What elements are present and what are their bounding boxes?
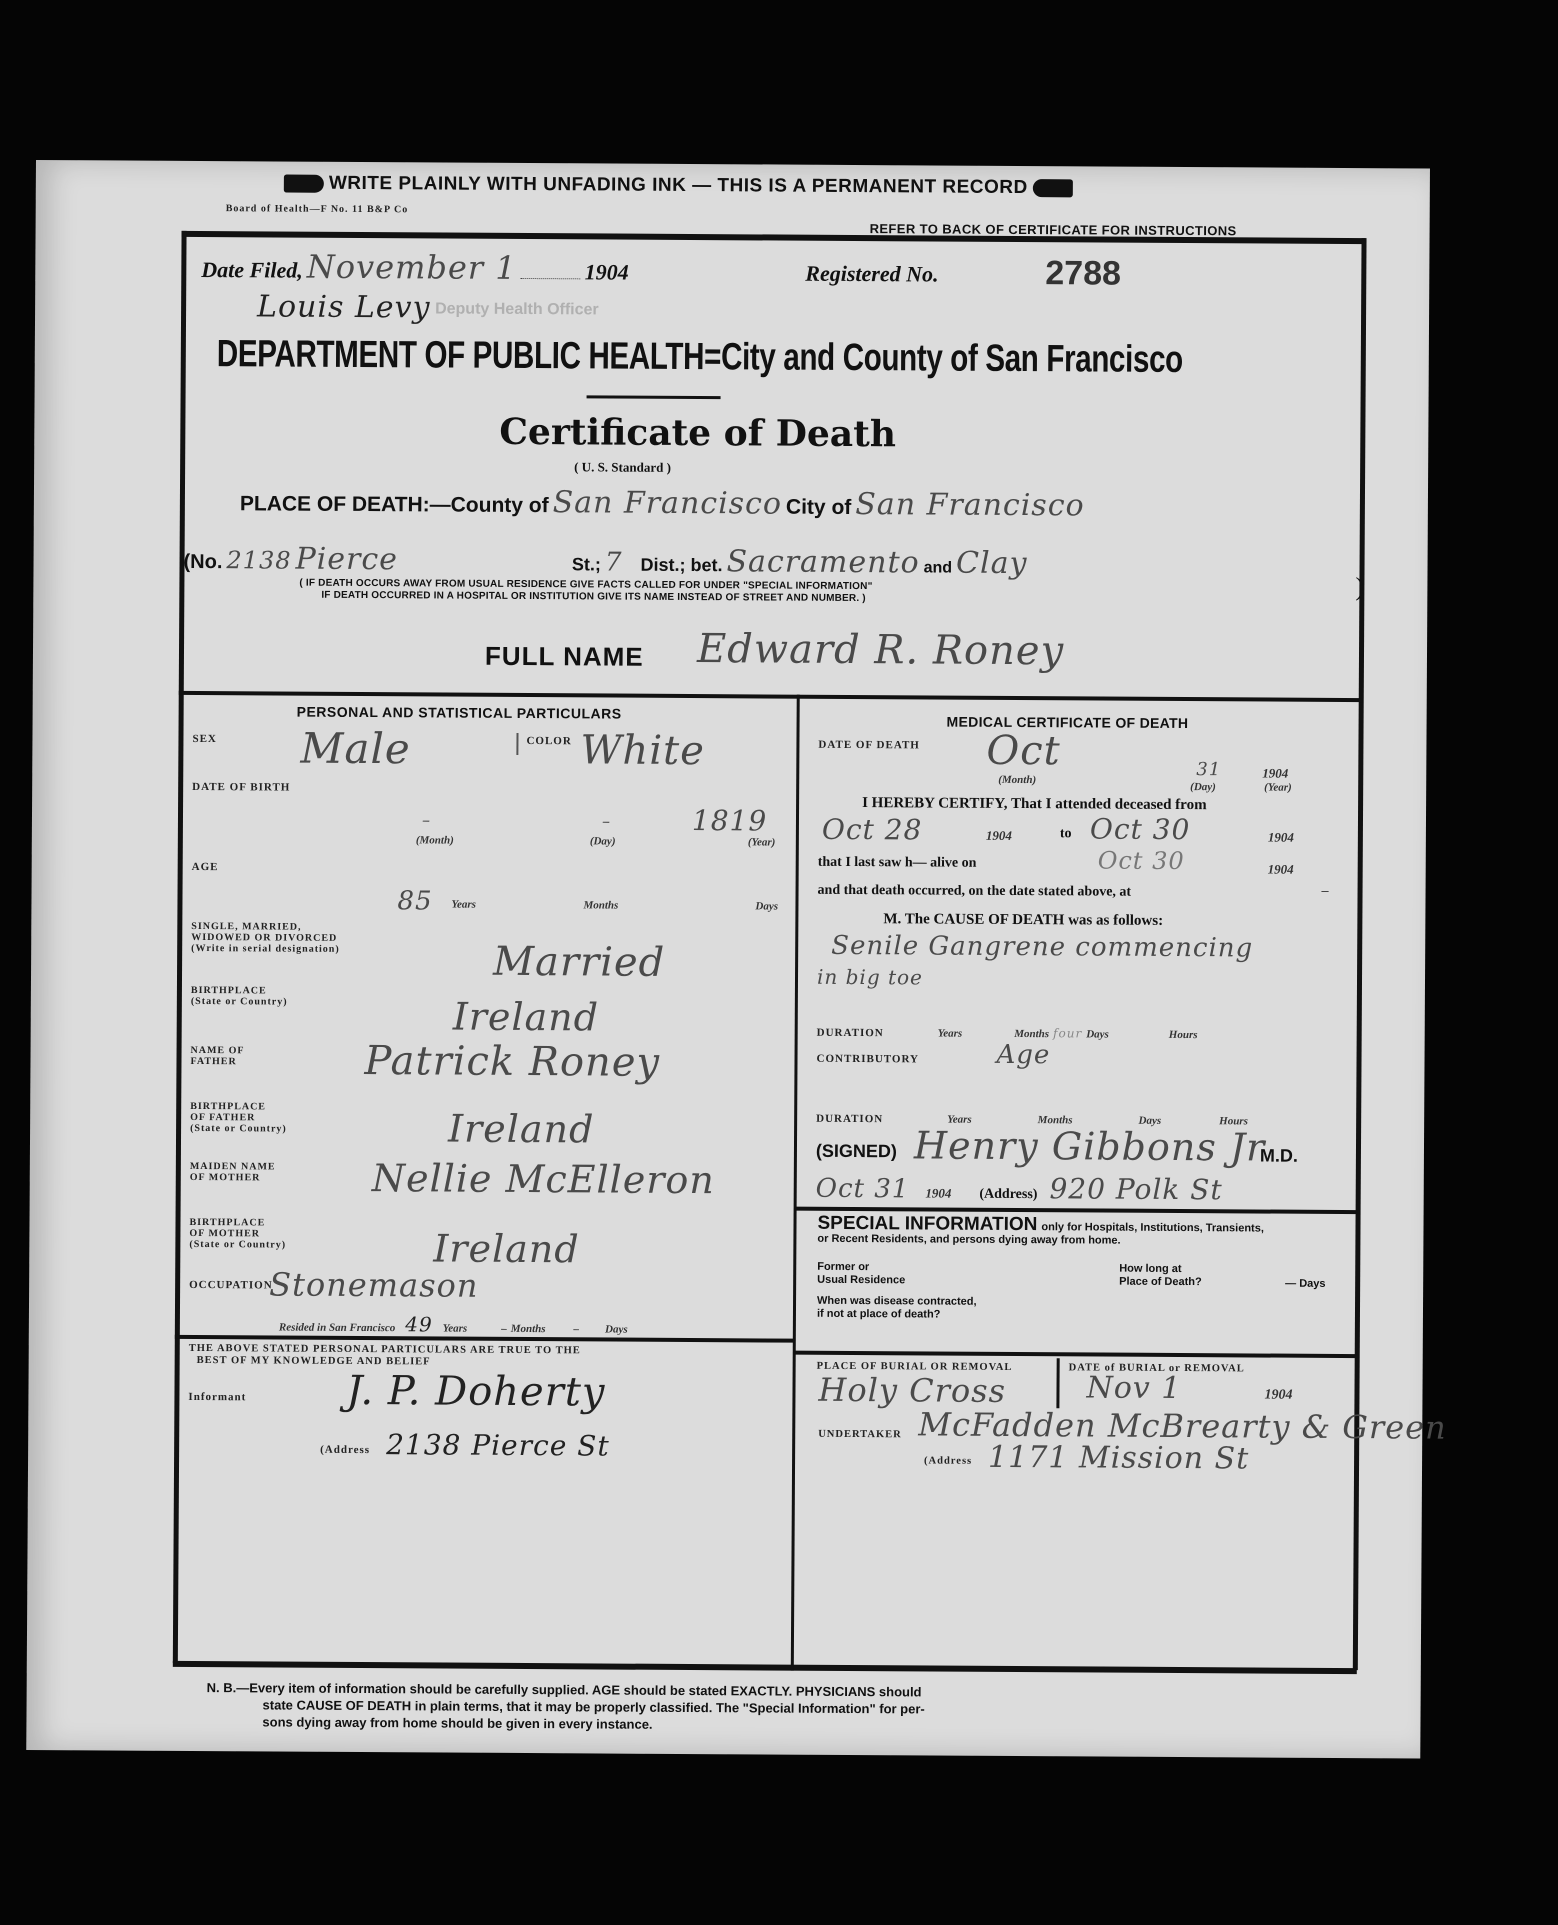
informant-label: Informant	[188, 1391, 246, 1403]
mother-label: MAIDEN NAME OF MOTHER	[190, 1161, 276, 1184]
certify-text: I HEREBY CERTIFY, That I attended deceas…	[862, 795, 1207, 814]
department-name: DEPARTMENT OF PUBLIC HEALTH	[217, 333, 705, 378]
to-label: to	[1060, 826, 1072, 842]
age-years-label: Years	[451, 899, 476, 911]
contracted-label: When was disease contracted, if not at p…	[817, 1295, 977, 1322]
how-long-value: —	[1285, 1278, 1296, 1290]
marital-label-3: (Write in serial designation)	[191, 943, 340, 955]
color-value: White	[580, 727, 705, 774]
pointing-hand-icon	[284, 175, 324, 193]
mother-bp-label-3: (State or Country)	[189, 1239, 286, 1251]
burial-column-divider	[1056, 1358, 1059, 1408]
physician-signature: Henry Gibbons Jr	[914, 1123, 1266, 1169]
former-residence-label: Former or Usual Residence	[817, 1261, 905, 1288]
age-months-label: Months	[583, 899, 618, 911]
registered-label: Registered No.	[805, 261, 938, 288]
resided-days: –	[574, 1323, 580, 1335]
dod-month: Oct	[986, 728, 1061, 774]
dob-month-label: (Month)	[416, 834, 454, 846]
resided-label: Resided in San Francisco	[279, 1322, 396, 1335]
place-of-death-row: PLACE OF DEATH:—County of San Francisco …	[240, 483, 1085, 523]
cause-line1: Senile Gangrene commencing	[831, 931, 1253, 964]
how-long-label-2: Place of Death?	[1119, 1276, 1202, 1290]
age-years: 85	[397, 886, 432, 916]
undertaker-address: 1171 Mission St	[988, 1440, 1249, 1477]
dod-label: DATE OF DEATH	[818, 739, 919, 752]
duration-years-label: Years	[938, 1028, 963, 1040]
father-bp-label-3: (State or Country)	[190, 1123, 287, 1135]
street-row: (No. 2138 Pierce St.; 7 Dist.; bet. Sacr…	[183, 541, 1027, 581]
attended-to: Oct 30	[1090, 812, 1191, 846]
birthplace-label-1: BIRTHPLACE	[191, 985, 288, 997]
occurred-text: and that death occurred, on the date sta…	[818, 883, 1132, 901]
date-filed-label: Date Filed,	[201, 257, 303, 283]
full-name-value: Edward R. Roney	[697, 626, 1064, 674]
father-label-2: FATHER	[190, 1056, 244, 1067]
contracted-label-1: When was disease contracted,	[817, 1295, 977, 1309]
dod-year: 1904	[1262, 766, 1288, 782]
informant-statement: THE ABOVE STATED PERSONAL PARTICULARS AR…	[189, 1343, 581, 1369]
special-heading-note: only for Hospitals, Institutions, Transi…	[1041, 1221, 1264, 1234]
resided-days-label: Days	[605, 1323, 628, 1335]
form-number: Board of Health—F No. 11 B&P Co	[226, 203, 409, 215]
how-long-days-label: Days	[1299, 1278, 1325, 1290]
father-label: NAME OF FATHER	[190, 1045, 244, 1067]
resided-row: Resided in San Francisco 49 Years – Mont…	[279, 1312, 628, 1338]
frame-right-rule	[1353, 238, 1367, 1670]
how-long-days: — Days	[1285, 1278, 1325, 1290]
signed-date: Oct 31	[816, 1174, 910, 1205]
place-of-death-label: PLACE OF DEATH:—County of	[240, 492, 549, 517]
county-value: San Francisco	[553, 485, 783, 521]
father-bp-label-2: OF FATHER	[190, 1112, 287, 1124]
certificate-title: Certificate of Death	[499, 411, 896, 455]
st-label: St.;	[572, 554, 601, 574]
pointing-hand-icon	[1033, 179, 1073, 197]
sex-color-divider	[516, 733, 518, 755]
footnote: N. B.—Every item of information should b…	[206, 1679, 925, 1734]
date-filed-value: November 1	[307, 248, 517, 287]
district-number: 7	[605, 547, 623, 577]
no-label: (No.	[183, 551, 222, 573]
duration-months-label: Months	[1014, 1028, 1049, 1040]
mother-bp-label-2: OF MOTHER	[189, 1228, 286, 1240]
marital-value: Married	[493, 939, 665, 986]
marital-label: SINGLE, MARRIED, WIDOWED OR DIVORCED (Wr…	[191, 921, 340, 955]
dod-month-label: (Month)	[998, 774, 1036, 786]
street-number: 2138	[226, 546, 291, 574]
father-value: Patrick Roney	[364, 1038, 660, 1086]
mother-birthplace-label: BIRTHPLACE OF MOTHER (State or Country)	[189, 1217, 286, 1251]
banner-text: WRITE PLAINLY WITH UNFADING INK — THIS I…	[329, 173, 1028, 198]
dod-year-label: (Year)	[1264, 782, 1292, 794]
duration-days-label: Days	[1086, 1028, 1109, 1040]
father-birthplace-value: Ireland	[448, 1107, 595, 1152]
marital-label-2: WIDOWED OR DIVORCED	[191, 932, 340, 944]
officer-title: Deputy Health Officer	[435, 300, 599, 319]
duration-hours-label: Hours	[1169, 1029, 1198, 1041]
attended-to-year: 1904	[1268, 830, 1294, 846]
frame-bottom-rule	[173, 1661, 1357, 1674]
undertaker-address-label: (Address	[924, 1455, 972, 1466]
duration2-label: DURATION	[816, 1113, 883, 1125]
dist-label: Dist.; bet.	[640, 555, 722, 576]
dod-day: 31	[1196, 759, 1221, 780]
father-label-1: NAME OF	[191, 1045, 245, 1056]
jurisdiction-name: =City and County of San Francisco	[704, 336, 1183, 381]
undertaker-label: UNDERTAKER	[818, 1429, 902, 1441]
mother-bp-label-1: BIRTHPLACE	[189, 1217, 286, 1229]
mother-label-2: OF MOTHER	[190, 1172, 276, 1184]
occurred-time: –	[1322, 884, 1329, 900]
burial-place: Holy Cross	[818, 1371, 1006, 1410]
dob-label: DATE OF BIRTH	[192, 781, 290, 794]
dod-day-label: (Day)	[1190, 781, 1216, 793]
dob-year: 1819	[692, 804, 767, 837]
close-paren: )	[1355, 572, 1364, 602]
sex-label: SEX	[192, 733, 216, 745]
burial-year: 1904	[1264, 1388, 1292, 1404]
personal-heading: PERSONAL AND STATISTICAL PARTICULARS	[297, 704, 622, 722]
burial-divider	[795, 1351, 1359, 1358]
resided-years-label: Years	[443, 1323, 468, 1335]
resided-months-label: Months	[511, 1323, 546, 1335]
last-saw-year: 1904	[1268, 862, 1294, 878]
between-street-1: Sacramento	[726, 544, 919, 580]
column-divider	[791, 695, 800, 1671]
signed-year: 1904	[925, 1185, 951, 1200]
color-label: COLOR	[526, 735, 571, 747]
md-label: M.D.	[1260, 1145, 1298, 1166]
how-long-label: How long at Place of Death?	[1119, 1263, 1202, 1290]
death-certificate-page: WRITE PLAINLY WITH UNFADING INK — THIS I…	[26, 160, 1430, 1758]
cause-line2: in big toe	[817, 965, 923, 990]
signed-date-row: Oct 31 1904 (Address) 920 Polk St	[816, 1171, 1223, 1206]
physician-address-label: (Address)	[979, 1187, 1037, 1202]
sex-value: Male	[300, 724, 411, 774]
marital-label-1: SINGLE, MARRIED,	[191, 921, 340, 933]
date-filed-row: Date Filed, November 1 1904	[201, 247, 629, 288]
occupation-label: OCCUPATION	[189, 1279, 273, 1292]
street-name: Pierce	[295, 542, 398, 578]
banner: WRITE PLAINLY WITH UNFADING INK — THIS I…	[284, 172, 1073, 200]
attended-from-year: 1904	[986, 828, 1012, 844]
physician-address: 920 Polk St	[1049, 1172, 1222, 1206]
father-birthplace-label: BIRTHPLACE OF FATHER (State or Country)	[190, 1101, 287, 1135]
former-label-2: Usual Residence	[817, 1274, 905, 1288]
dob-year-label: (Year)	[748, 836, 776, 848]
last-saw-date: Oct 30	[1098, 846, 1185, 875]
mother-label-1: MAIDEN NAME	[190, 1161, 276, 1173]
how-long-label-1: How long at	[1119, 1263, 1202, 1277]
dob-day-label: (Day)	[590, 835, 616, 847]
medical-heading: MEDICAL CERTIFICATE OF DEATH	[947, 714, 1189, 731]
mother-value: Nellie McElleron	[372, 1156, 715, 1202]
resided-months: –	[501, 1323, 507, 1335]
signed-label: (SIGNED)	[816, 1141, 897, 1162]
duration-four-value: four	[1053, 1026, 1082, 1040]
informant-divider	[175, 1335, 795, 1343]
informant-address-label: (Address	[320, 1444, 370, 1456]
age-days-label: Days	[755, 900, 778, 912]
place-note-line2: IF DEATH OCCURRED IN A HOSPITAL OR INSTI…	[321, 590, 866, 604]
mother-birthplace-value: Ireland	[433, 1226, 580, 1271]
age-label: AGE	[192, 861, 219, 873]
officer-signature: Louis Levy	[257, 289, 431, 325]
between-street-2: Clay	[956, 546, 1028, 581]
resided-years: 49	[405, 1312, 433, 1336]
duration-label: DURATION	[817, 1027, 884, 1039]
father-bp-label-1: BIRTHPLACE	[190, 1101, 287, 1113]
frame-left-rule	[173, 231, 187, 1663]
birthplace-label: BIRTHPLACE (State or Country)	[191, 985, 288, 1008]
contributory-label: CONTRIBUTORY	[816, 1053, 919, 1066]
date-filed-year: 1904	[585, 259, 629, 284]
full-name-label: FULL NAME	[485, 641, 644, 673]
dob-day: –	[602, 811, 611, 830]
last-saw-label: that I last saw h— alive on	[818, 855, 977, 872]
cause-label: M. The CAUSE OF DEATH was as follows:	[883, 911, 1163, 930]
contracted-label-2: if not at place of death?	[817, 1308, 977, 1322]
special-heading: SPECIAL INFORMATION	[817, 1213, 1037, 1235]
certificate-standard: ( U. S. Standard )	[574, 459, 671, 476]
dob-month: –	[422, 810, 431, 829]
contributory-value: Age	[996, 1040, 1050, 1070]
informant-name: J. P. Doherty	[346, 1368, 605, 1416]
city-value: San Francisco	[855, 487, 1085, 523]
birthplace-value: Ireland	[453, 995, 600, 1040]
registered-number: 2788	[1045, 254, 1121, 293]
and-label: and	[924, 559, 953, 576]
informant-address: 2138 Pierce St	[386, 1428, 610, 1462]
attended-from: Oct 28	[822, 813, 923, 847]
birthplace-label-2: (State or Country)	[191, 996, 288, 1008]
special-heading-note-2: or Recent Residents, and persons dying a…	[817, 1233, 1120, 1247]
burial-date: Nov 1	[1086, 1370, 1181, 1406]
title-divider	[587, 395, 721, 399]
former-label-1: Former or	[817, 1261, 905, 1275]
city-label: City of	[786, 496, 851, 519]
section-divider	[179, 691, 1363, 702]
occupation-value: Stonemason	[269, 1265, 479, 1304]
department-title: DEPARTMENT OF PUBLIC HEALTH=City and Cou…	[217, 333, 1183, 382]
